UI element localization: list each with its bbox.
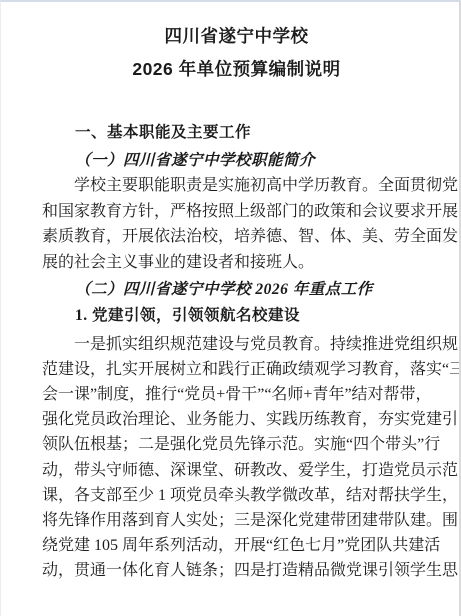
subsection-heading-functions-intro: （一）四川省遂宁中学校职能简介 xyxy=(42,148,431,174)
text-line: 一是抓实组织规范建设与党员教育。持续推进党组织规 xyxy=(42,332,431,357)
doc-title-line1: 四川省遂宁中学校 xyxy=(42,26,431,46)
text-line: 和国家教育方针，严格按照上级部门的政策和会议要求开展 xyxy=(42,199,431,225)
doc-title-line2: 2026 年单位预算编制说明 xyxy=(42,59,431,79)
document-content: 四川省遂宁中学校 2026 年单位预算编制说明 一、基本职能及主要工作 （一）四… xyxy=(42,26,431,584)
text-line: 动，贯通一体化育人链条；四是打造精品微党课引领学生思 xyxy=(42,558,431,583)
text-line: 绕党建 105 周年系列活动，开展“红色七月”党团队共建活 xyxy=(42,533,431,558)
text-line: 展的社会主义事业的建设者和接班人。 xyxy=(42,250,431,276)
text-line: 素质教育，开展依法治校，培养德、智、体、美、劳全面发 xyxy=(42,224,431,250)
text-line: 动，带头守师德、深课堂、研教改、爱学生，打造党员示范 xyxy=(42,458,431,483)
text-line: 会一课”制度，推行“党员+骨干”“名师+青年”结对帮带， xyxy=(42,382,431,407)
document-page: 四川省遂宁中学校 2026 年单位预算编制说明 一、基本职能及主要工作 （一）四… xyxy=(0,0,461,616)
subsection-heading-key-work-2026: （二）四川省遂宁中学校 2026 年重点工作 xyxy=(42,277,431,303)
text-line: 将先锋作用落到育人实处；三是深化党建带团建带队建。围 xyxy=(42,508,431,533)
text-line: 范建设，扎实开展树立和践行正确政绩观学习教育，落实“三 xyxy=(42,357,431,382)
section-heading-basic-functions: 一、基本职能及主要工作 xyxy=(42,120,431,146)
paragraph-functions-intro: 学校主要职能职责是实施初高中学历教育。全面贯彻党和国家教育方针，严格按照上级部门… xyxy=(42,173,431,275)
text-line: 领队伍根基；二是强化党员先锋示范。实施“四个带头”行 xyxy=(42,432,431,457)
text-line: 课，各支部至少 1 项党员牵头教学微改革，结对帮扶学生， xyxy=(42,483,431,508)
text-line: 强化党员政治理论、业务能力、实践历练教育，夯实党建引 xyxy=(42,407,431,432)
text-line: 学校主要职能职责是实施初高中学历教育。全面贯彻党 xyxy=(42,173,431,199)
paragraph-party-building: 一是抓实组织规范建设与党员教育。持续推进党组织规范建设，扎实开展树立和践行正确政… xyxy=(42,332,431,584)
item-heading-party-building: 1. 党建引领，引领领航名校建设 xyxy=(42,303,431,329)
